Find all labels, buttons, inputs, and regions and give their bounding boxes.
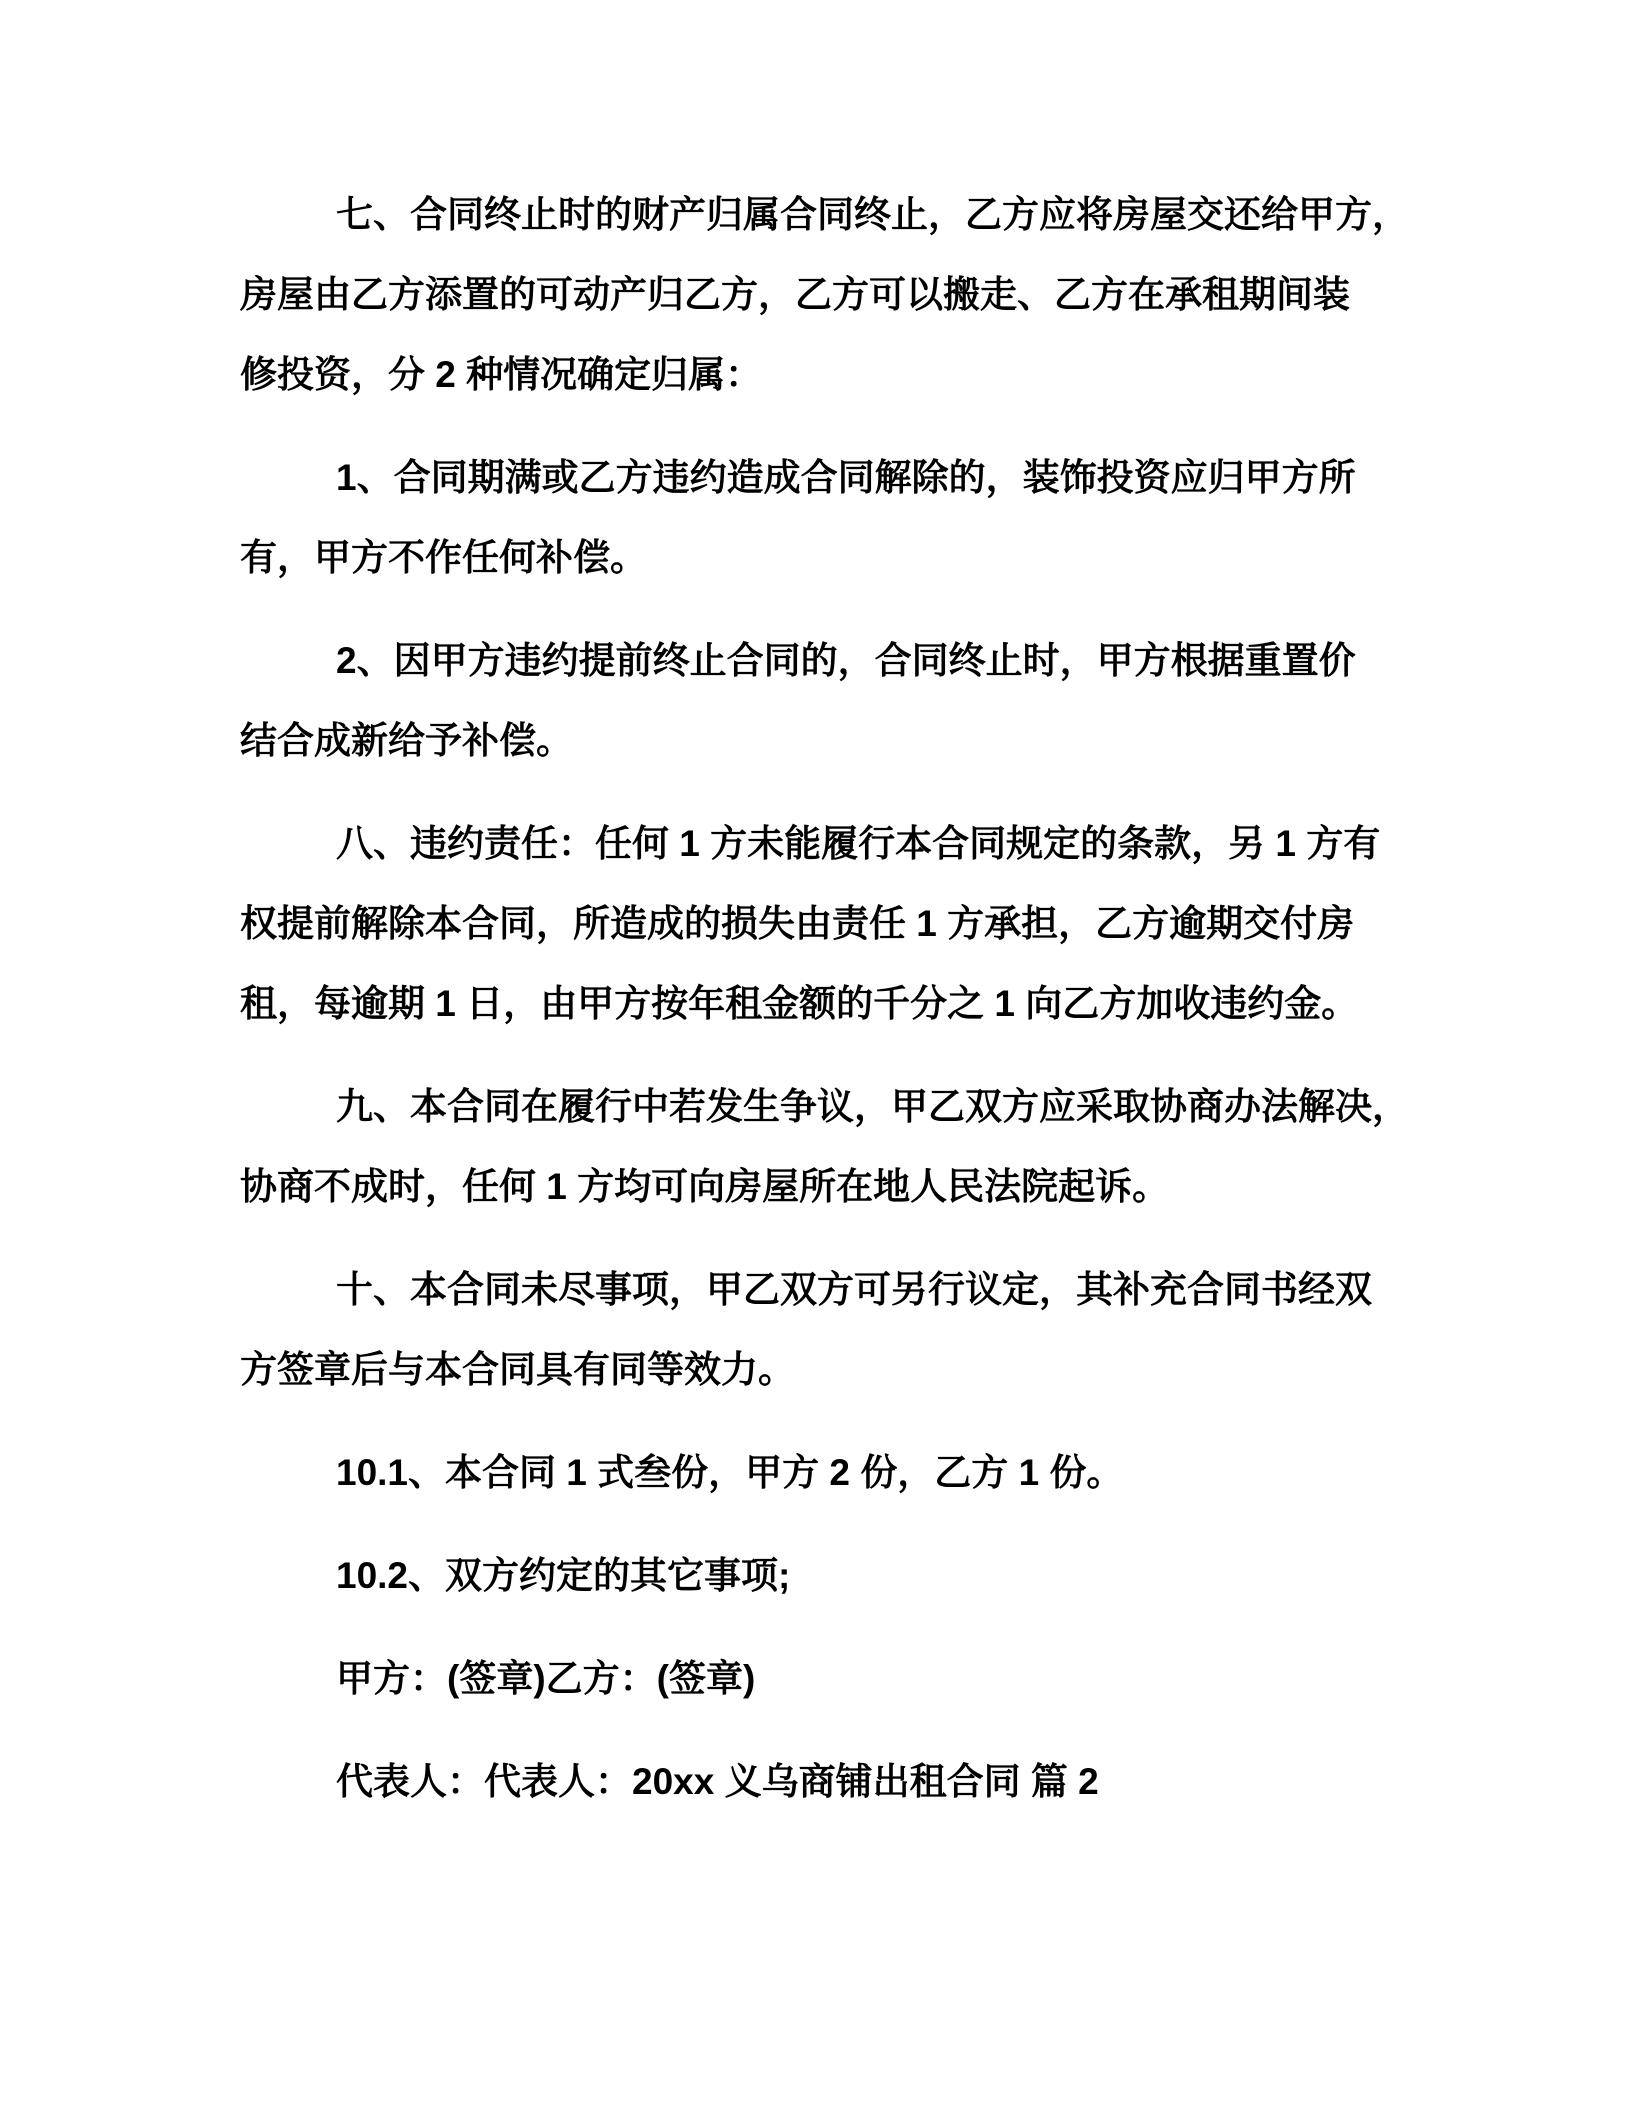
paragraph-first-line: 代表人：代表人：20xx 义乌商铺出租合同 篇 2 — [240, 1742, 1406, 1822]
contract-paragraph: 八、违约责任：任何 1 方未能履行本合同规定的条款，另 1 方有权提前解除本合同… — [240, 804, 1406, 1044]
contract-paragraph: 2、因甲方违约提前终止合同的，合同终止时，甲方根据重置价结合成新给予补偿。 — [240, 621, 1406, 781]
paragraph-line: 有，甲方不作任何补偿。 — [240, 518, 1406, 598]
paragraph-line: 协商不成时，任何 1 方均可向房屋所在地人民法院起诉。 — [240, 1147, 1406, 1227]
paragraph-first-line: 九、本合同在履行中若发生争议，甲乙双方应采取协商办法解决， — [240, 1067, 1406, 1147]
document-page: 七、合同终止时的财产归属合同终止，乙方应将房屋交还给甲方，房屋由乙方添置的可动产… — [0, 0, 1632, 2112]
paragraph-first-line: 甲方：(签章)乙方：(签章) — [240, 1639, 1406, 1719]
paragraph-line: 方签章后与本合同具有同等效力。 — [240, 1330, 1406, 1410]
contract-paragraph: 十、本合同未尽事项，甲乙双方可另行议定，其补充合同书经双方签章后与本合同具有同等… — [240, 1250, 1406, 1410]
contract-paragraph: 甲方：(签章)乙方：(签章) — [240, 1639, 1406, 1719]
paragraph-line: 权提前解除本合同，所造成的损失由责任 1 方承担，乙方逾期交付房 — [240, 884, 1406, 964]
paragraph-first-line: 10.1、本合同 1 式叁份，甲方 2 份，乙方 1 份。 — [240, 1433, 1406, 1513]
paragraph-line: 结合成新给予补偿。 — [240, 701, 1406, 781]
contract-body: 七、合同终止时的财产归属合同终止，乙方应将房屋交还给甲方，房屋由乙方添置的可动产… — [240, 175, 1406, 1822]
paragraph-line: 房屋由乙方添置的可动产归乙方，乙方可以搬走、乙方在承租期间装 — [240, 255, 1406, 335]
paragraph-first-line: 八、违约责任：任何 1 方未能履行本合同规定的条款，另 1 方有 — [240, 804, 1406, 884]
paragraph-first-line: 1、合同期满或乙方违约造成合同解除的，装饰投资应归甲方所 — [240, 438, 1406, 518]
contract-paragraph: 10.2、双方约定的其它事项; — [240, 1536, 1406, 1616]
contract-paragraph: 10.1、本合同 1 式叁份，甲方 2 份，乙方 1 份。 — [240, 1433, 1406, 1513]
paragraph-line: 修投资，分 2 种情况确定归属： — [240, 335, 1406, 415]
paragraph-first-line: 10.2、双方约定的其它事项; — [240, 1536, 1406, 1616]
contract-paragraph: 1、合同期满或乙方违约造成合同解除的，装饰投资应归甲方所有，甲方不作任何补偿。 — [240, 438, 1406, 598]
paragraph-first-line: 七、合同终止时的财产归属合同终止，乙方应将房屋交还给甲方， — [240, 175, 1406, 255]
paragraph-line: 租，每逾期 1 日，由甲方按年租金额的千分之 1 向乙方加收违约金。 — [240, 964, 1406, 1044]
paragraph-first-line: 2、因甲方违约提前终止合同的，合同终止时，甲方根据重置价 — [240, 621, 1406, 701]
contract-paragraph: 七、合同终止时的财产归属合同终止，乙方应将房屋交还给甲方，房屋由乙方添置的可动产… — [240, 175, 1406, 415]
contract-paragraph: 九、本合同在履行中若发生争议，甲乙双方应采取协商办法解决，协商不成时，任何 1 … — [240, 1067, 1406, 1227]
contract-paragraph: 代表人：代表人：20xx 义乌商铺出租合同 篇 2 — [240, 1742, 1406, 1822]
paragraph-first-line: 十、本合同未尽事项，甲乙双方可另行议定，其补充合同书经双 — [240, 1250, 1406, 1330]
